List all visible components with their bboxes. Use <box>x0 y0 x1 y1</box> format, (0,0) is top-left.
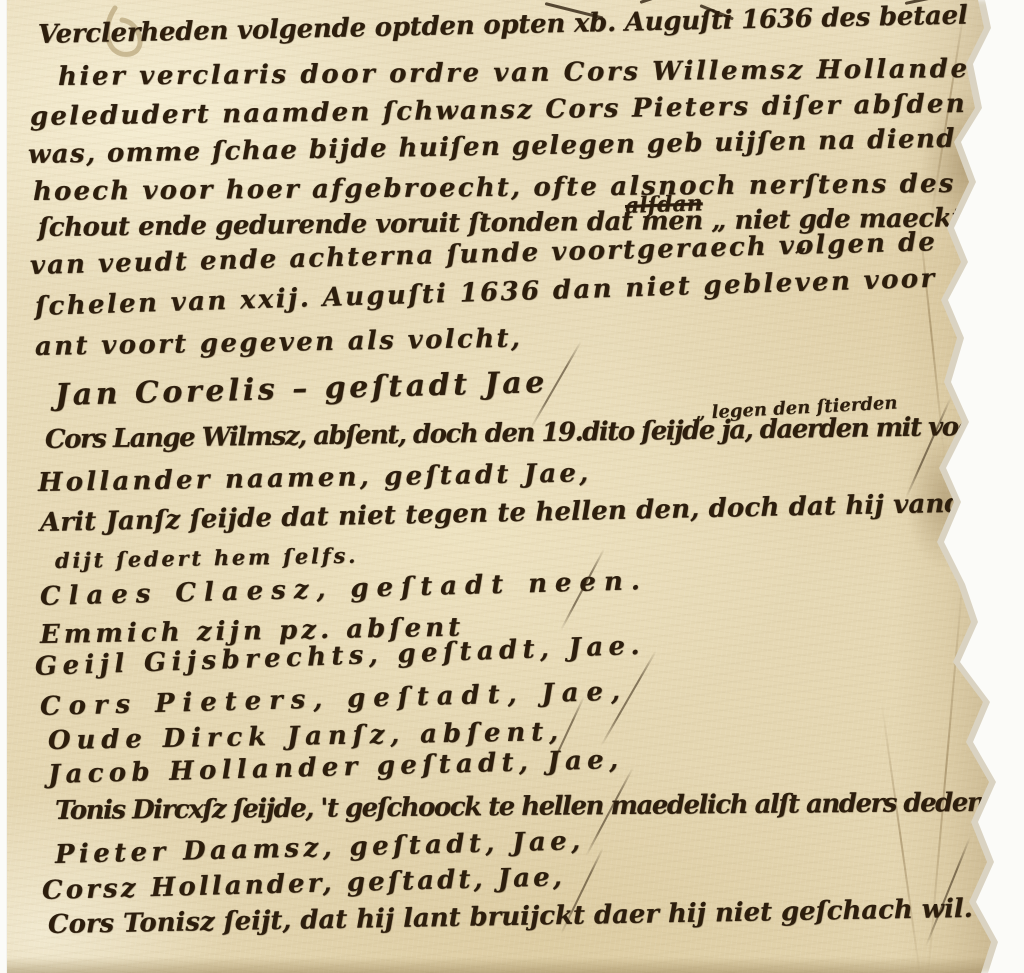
manuscript-line: hoech voor hoer afgebroecht, ofte alsnoc… <box>33 169 956 207</box>
manuscript-line: Cors Lange Wilmsz, abſent, doch den 19.d… <box>45 412 997 455</box>
page-bottom-shadow <box>0 957 1024 973</box>
manuscript-line: was, omme ſchae bijde huiſen gelegen geb… <box>28 123 974 170</box>
insertion-caret: „ <box>795 232 807 256</box>
manuscript-line: Tonis Dircxſz ſeijde, 't geſchoock te he… <box>55 788 992 826</box>
manuscript-line: Hollander naamen, geſtadt Jae, <box>38 458 592 498</box>
struck-out-word: alſdan <box>625 190 704 219</box>
manuscript-page: Verclerheden volgende optden opten xb. A… <box>0 0 1024 973</box>
manuscript-line: dijt ſedert hem ſelfs. <box>55 543 359 573</box>
manuscript-line: hier verclaris door ordre van Cors Wille… <box>58 54 986 92</box>
manuscript-line: Corsz Hollander, geſtadt, Jae, <box>42 862 566 906</box>
manuscript-line: ant voort gegeven als volcht, <box>35 323 523 362</box>
scanned-manuscript: Verclerheden volgende optden opten xb. A… <box>0 0 1024 973</box>
cut-off-ink-stroke <box>640 0 683 4</box>
manuscript-line: Claes Claesz, geſtadt neen. <box>40 566 649 612</box>
manuscript-line: Verclerheden volgende optden opten xb. A… <box>38 1 968 50</box>
manuscript-line: Arit Janſz ſeijde dat niet tegen te hell… <box>40 488 976 538</box>
manuscript-line: Cors Pieters, geſtadt, Jae, <box>40 677 629 722</box>
manuscript-line: Jan Corelis – geſtadt Jae <box>55 365 549 413</box>
scan-left-margin <box>0 0 7 973</box>
